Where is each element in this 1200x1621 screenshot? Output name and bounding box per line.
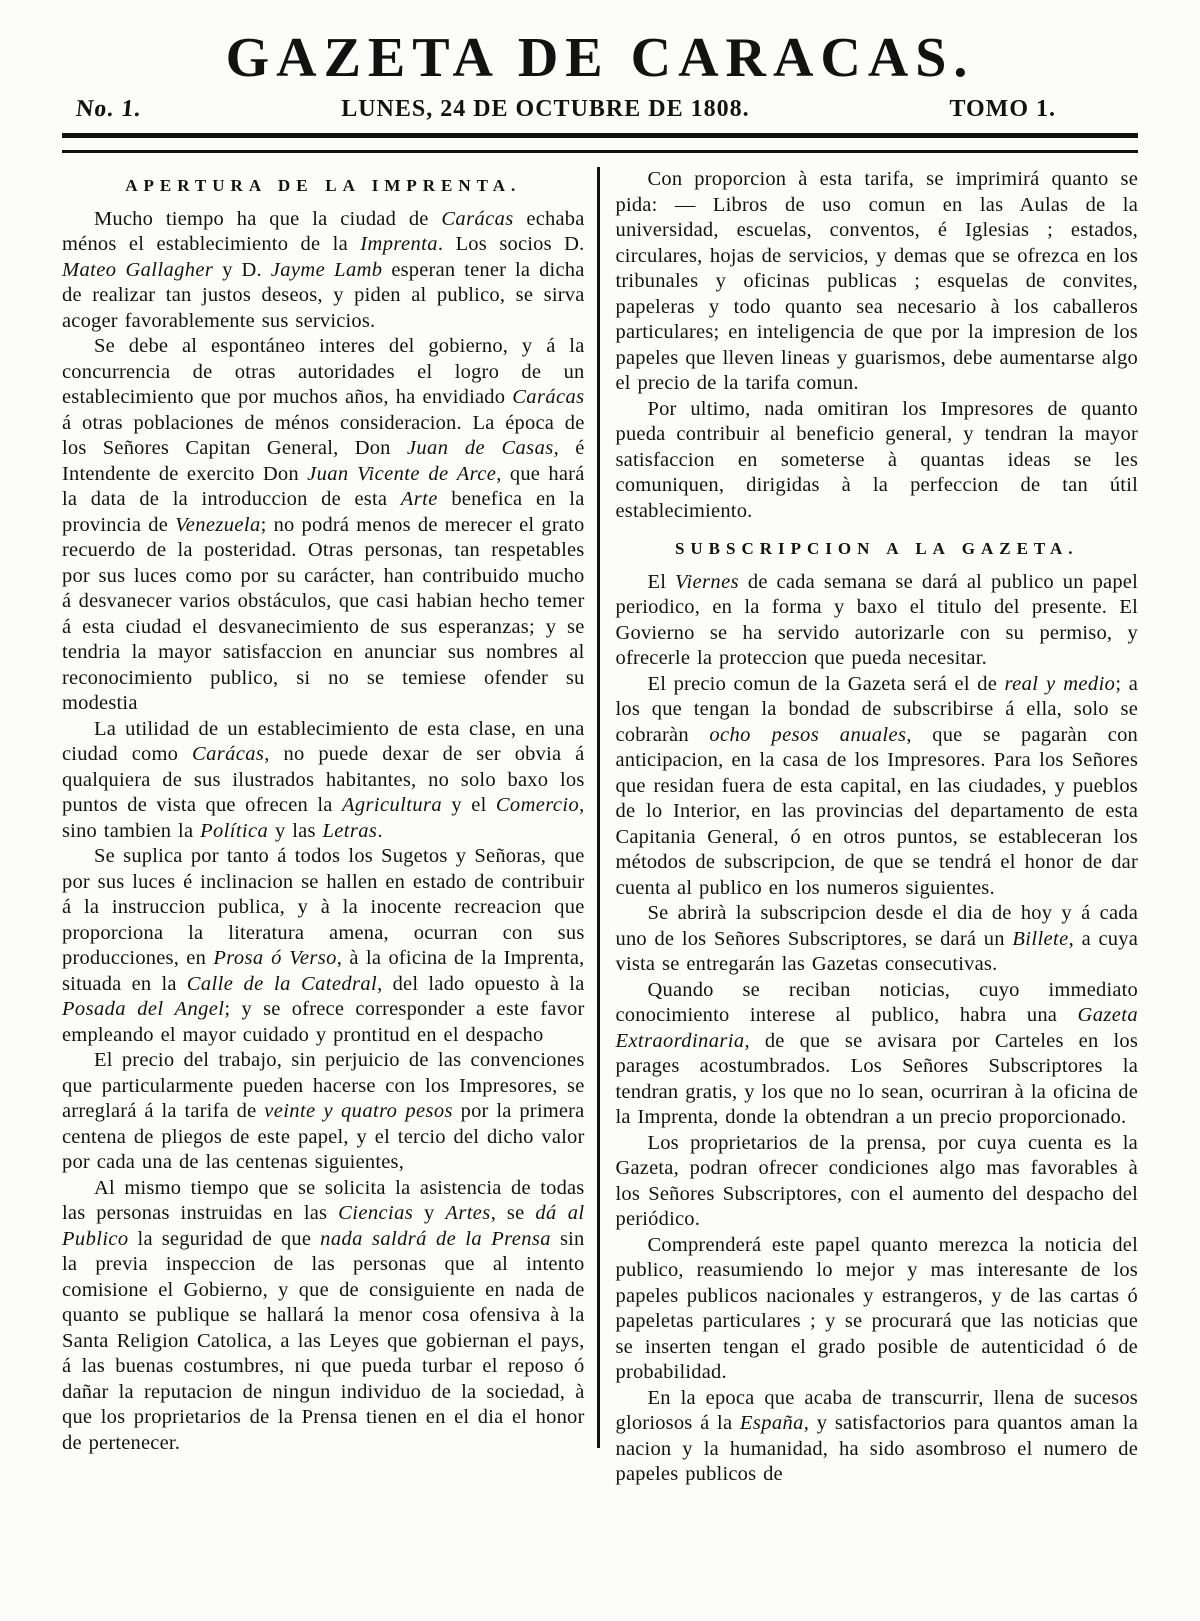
paragraph: Se debe al espontáneo interes del gobier… xyxy=(62,334,585,717)
right-article-heading: SUBSCRIPCION A LA GAZETA. xyxy=(616,536,1139,562)
article-columns: APERTURA DE LA IMPRENTA. Mucho tiempo ha… xyxy=(62,167,1138,1488)
paragraph: Al mismo tiempo que se solicita la asist… xyxy=(62,1176,585,1457)
volume-label: TOMO 1. xyxy=(949,96,1056,123)
paragraph: El precio del trabajo, sin perjuicio de … xyxy=(62,1048,585,1176)
newspaper-page: GAZETA DE CARACAS. No. 1. LUNES, 24 DE O… xyxy=(0,0,1200,1621)
paragraph: Se abrirà la subscripcion desde el dia d… xyxy=(616,901,1139,978)
paragraph: El Viernes de cada semana se dará al pub… xyxy=(616,570,1139,672)
masthead-title: GAZETA DE CARACAS. xyxy=(62,26,1138,90)
right-column: Con proporcion à esta tarifa, se imprimi… xyxy=(600,167,1139,1488)
header-rule xyxy=(62,133,1138,153)
paragraph: Quando se reciban noticias, cuyo immedia… xyxy=(616,978,1139,1131)
paragraph: Se suplica por tanto á todos los Sugetos… xyxy=(62,844,585,1048)
issue-number: No. 1. xyxy=(75,96,143,123)
paragraph: Por ultimo, nada omitiran los Impresores… xyxy=(616,397,1139,525)
left-article-heading: APERTURA DE LA IMPRENTA. xyxy=(62,173,585,199)
paragraph: El precio comun de la Gazeta será el de … xyxy=(616,672,1139,902)
paragraph: Mucho tiempo ha que la ciudad de Carácas… xyxy=(62,207,585,335)
paragraph: Con proporcion à esta tarifa, se imprimi… xyxy=(616,167,1139,397)
paragraph: En la epoca que acaba de transcurrir, ll… xyxy=(616,1386,1139,1488)
paragraph: Los proprietarios de la prensa, por cuya… xyxy=(616,1131,1139,1233)
masthead: GAZETA DE CARACAS. No. 1. LUNES, 24 DE O… xyxy=(62,26,1138,153)
dateline-date: LUNES, 24 DE OCTUBRE DE 1808. xyxy=(341,96,749,123)
paragraph: Comprenderá este papel quanto merezca la… xyxy=(616,1233,1139,1386)
left-column: APERTURA DE LA IMPRENTA. Mucho tiempo ha… xyxy=(62,167,597,1488)
dateline: No. 1. LUNES, 24 DE OCTUBRE DE 1808. TOM… xyxy=(76,96,1134,123)
paragraph: La utilidad de un establecimiento de est… xyxy=(62,717,585,845)
